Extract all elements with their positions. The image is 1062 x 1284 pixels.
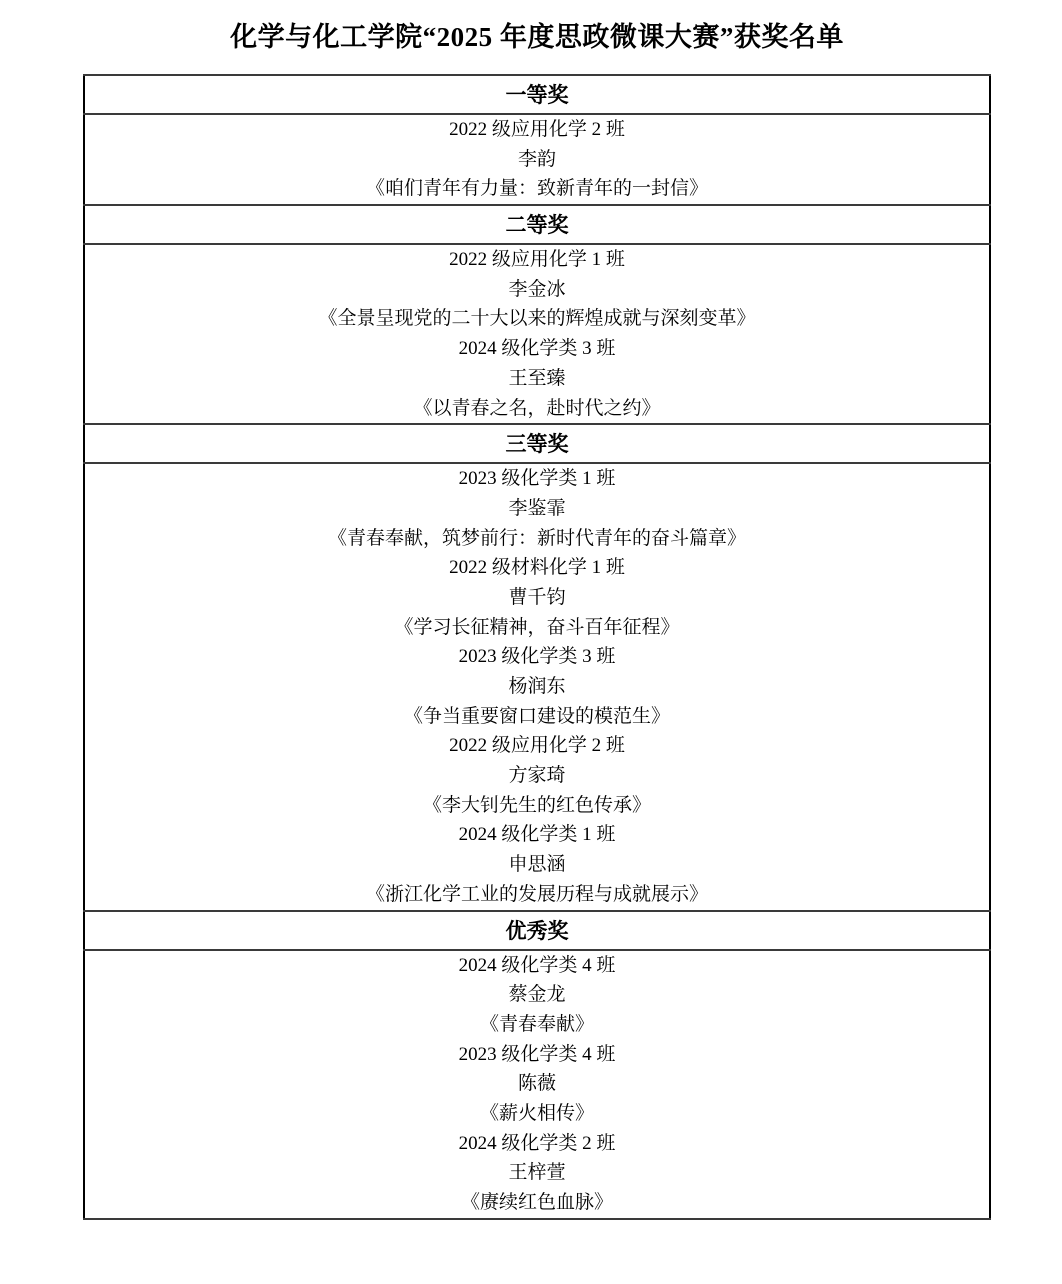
entry-work-title: 《青春奉献》: [85, 1010, 989, 1040]
award-entries-row: 2023 级化学类 1 班李鉴霏《青春奉献，筑梦前行：新时代青年的奋斗篇章》20…: [84, 463, 990, 910]
entry-class: 2022 级应用化学 2 班: [85, 115, 989, 145]
entry-class: 2024 级化学类 3 班: [85, 334, 989, 364]
entry-work-title: 《全景呈现党的二十大以来的辉煌成就与深刻变革》: [85, 304, 989, 334]
entry-student-name: 王梓萱: [85, 1158, 989, 1188]
entry-class: 2023 级化学类 3 班: [85, 642, 989, 672]
entry-student-name: 曹千钧: [85, 583, 989, 613]
entry-work-title: 《学习长征精神，奋斗百年征程》: [85, 613, 989, 643]
page-title: 化学与化工学院“2025 年度思政微课大赛”获奖名单: [83, 20, 991, 74]
award-section-row: 三等奖: [84, 424, 990, 463]
award-section-header: 优秀奖: [84, 911, 990, 950]
award-section-entries: 2024 级化学类 4 班蔡金龙《青春奉献》2023 级化学类 4 班陈薇《薪火…: [84, 950, 990, 1219]
entry-work-title: 《青春奉献，筑梦前行：新时代青年的奋斗篇章》: [85, 524, 989, 554]
award-section-header: 二等奖: [84, 205, 990, 244]
entry-student-name: 李鉴霏: [85, 494, 989, 524]
award-section-row: 优秀奖: [84, 911, 990, 950]
award-section-entries: 2022 级应用化学 1 班李金冰《全景呈现党的二十大以来的辉煌成就与深刻变革》…: [84, 244, 990, 424]
award-section-header: 一等奖: [84, 75, 990, 114]
entry-work-title: 《浙江化学工业的发展历程与成就展示》: [85, 880, 989, 910]
entry-student-name: 李金冰: [85, 275, 989, 305]
entry-work-title: 《薪火相传》: [85, 1099, 989, 1129]
entry-student-name: 王至臻: [85, 364, 989, 394]
award-section-header: 三等奖: [84, 424, 990, 463]
entry-student-name: 方家琦: [85, 761, 989, 791]
entry-class: 2023 级化学类 4 班: [85, 1040, 989, 1070]
entry-work-title: 《咱们青年有力量：致新青年的一封信》: [85, 174, 989, 204]
document-page: 化学与化工学院“2025 年度思政微课大赛”获奖名单 一等奖2022 级应用化学…: [0, 20, 1062, 1220]
entry-student-name: 陈薇: [85, 1069, 989, 1099]
entry-class: 2022 级应用化学 2 班: [85, 731, 989, 761]
award-section-entries: 2022 级应用化学 2 班李韵《咱们青年有力量：致新青年的一封信》: [84, 114, 990, 205]
entry-student-name: 蔡金龙: [85, 980, 989, 1010]
entry-class: 2024 级化学类 1 班: [85, 820, 989, 850]
award-entries-row: 2022 级应用化学 1 班李金冰《全景呈现党的二十大以来的辉煌成就与深刻变革》…: [84, 244, 990, 424]
entry-class: 2024 级化学类 4 班: [85, 951, 989, 981]
entry-student-name: 杨润东: [85, 672, 989, 702]
entry-work-title: 《以青春之名，赴时代之约》: [85, 394, 989, 424]
entry-work-title: 《赓续红色血脉》: [85, 1188, 989, 1218]
entry-class: 2022 级应用化学 1 班: [85, 245, 989, 275]
award-section-row: 一等奖: [84, 75, 990, 114]
award-section-entries: 2023 级化学类 1 班李鉴霏《青春奉献，筑梦前行：新时代青年的奋斗篇章》20…: [84, 463, 990, 910]
entry-work-title: 《争当重要窗口建设的模范生》: [85, 702, 989, 732]
entry-work-title: 《李大钊先生的红色传承》: [85, 791, 989, 821]
award-entries-row: 2024 级化学类 4 班蔡金龙《青春奉献》2023 级化学类 4 班陈薇《薪火…: [84, 950, 990, 1219]
entry-student-name: 李韵: [85, 145, 989, 175]
award-table: 一等奖2022 级应用化学 2 班李韵《咱们青年有力量：致新青年的一封信》二等奖…: [83, 74, 991, 1220]
entry-class: 2024 级化学类 2 班: [85, 1129, 989, 1159]
entry-student-name: 申思涵: [85, 850, 989, 880]
award-section-row: 二等奖: [84, 205, 990, 244]
award-table-body: 一等奖2022 级应用化学 2 班李韵《咱们青年有力量：致新青年的一封信》二等奖…: [84, 75, 990, 1219]
entry-class: 2022 级材料化学 1 班: [85, 553, 989, 583]
award-entries-row: 2022 级应用化学 2 班李韵《咱们青年有力量：致新青年的一封信》: [84, 114, 990, 205]
entry-class: 2023 级化学类 1 班: [85, 464, 989, 494]
